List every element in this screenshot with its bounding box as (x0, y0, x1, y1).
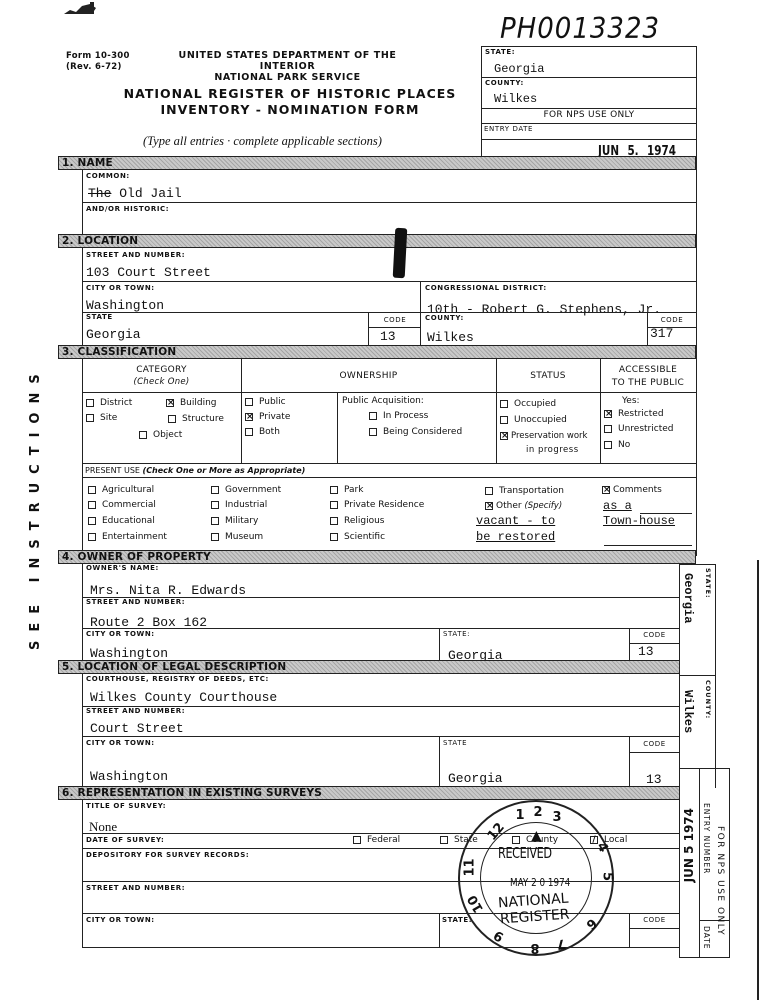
location-city-value[interactable]: Washington (86, 298, 164, 313)
option-label: Being Considered (383, 427, 462, 437)
owner-code-label: CODE (630, 631, 679, 639)
stamp-ring-number: 9 (489, 926, 509, 946)
tree-icon: ▲ (531, 828, 542, 844)
struck-article: The (88, 186, 111, 201)
checkbox-icon[interactable] (369, 412, 377, 420)
checked-checkbox-icon[interactable]: × (604, 410, 612, 418)
option-label: Public (259, 397, 286, 407)
stamp-received-date: MAY 2 0 1974 (510, 876, 570, 889)
option-label: Both (259, 427, 280, 437)
category-site[interactable]: Site (86, 413, 117, 423)
option-label: Religious (344, 516, 385, 526)
instructions-subtitle: (Type all entries · complete applicable … (143, 134, 382, 149)
use-other[interactable]: ×Other (Specify) (485, 501, 562, 511)
checkbox-icon[interactable] (330, 486, 338, 494)
section-3-classification-header: 3. CLASSIFICATION (58, 345, 696, 359)
margin-entry-date-stamp: JUN 5 1974 (682, 808, 696, 882)
nps-state-label: STATE: (485, 48, 515, 56)
ink-smudge (62, 2, 102, 18)
present-use-sublabel: (Check One or More as Appropriate) (143, 466, 306, 475)
present-use-heading: PRESENT USE (Check One or More as Approp… (85, 466, 305, 475)
category-structure[interactable]: Structure (168, 414, 224, 424)
margin-state-value: Georgia (681, 573, 695, 623)
option-label: Park (344, 485, 363, 495)
status-column-header: STATUS (496, 371, 600, 381)
present-use-label: PRESENT USE (85, 466, 140, 475)
legal-street-label: STREET AND NUMBER: (86, 707, 185, 715)
survey-title-label: TITLE OF SURVEY: (86, 802, 166, 810)
legal-state-value[interactable]: Georgia (448, 771, 503, 786)
courthouse-value[interactable]: Wilkes County Courthouse (90, 690, 277, 705)
category-column-header: CATEGORY (Check One) (82, 364, 241, 388)
agency-header: UNITED STATES DEPARTMENT OF THE INTERIOR… (150, 50, 425, 83)
legal-state-label: STATE (443, 739, 467, 747)
checkbox-icon[interactable] (88, 486, 96, 494)
checkbox-icon[interactable] (440, 836, 448, 844)
common-name-text: Old Jail (119, 186, 181, 201)
checked-checkbox-icon[interactable]: × (500, 432, 508, 440)
use-industrial[interactable]: Industrial (211, 500, 267, 510)
common-name-label: COMMON: (86, 172, 130, 180)
checked-checkbox-icon[interactable]: × (602, 486, 610, 494)
public-acquisition-label: Public Acquisition: (342, 396, 424, 406)
use-entertainment[interactable]: Entertainment (88, 532, 167, 542)
location-county-label: COUNTY: (425, 314, 464, 322)
use-park[interactable]: Park (330, 485, 363, 495)
margin-date-label: DATE (702, 926, 711, 950)
margin-entry-number-label: ENTRY NUMBER (702, 803, 711, 874)
section-6-surveys-header: 6. REPRESENTATION IN EXISTING SURVEYS (58, 786, 680, 800)
use-commercial[interactable]: Commercial (88, 500, 156, 510)
accessible-restricted[interactable]: ×Restricted (604, 409, 664, 419)
option-label: Private Residence (344, 500, 424, 510)
stamp-received-word: RECEIVED (498, 844, 552, 862)
checkbox-icon[interactable] (88, 533, 96, 541)
option-label: Museum (225, 532, 263, 542)
survey-street-label: STREET AND NUMBER: (86, 884, 185, 892)
department-name: UNITED STATES DEPARTMENT OF THE INTERIOR (150, 50, 425, 72)
checkbox-icon[interactable] (86, 399, 94, 407)
owner-name-label: OWNER'S NAME: (86, 564, 159, 572)
checked-checkbox-icon[interactable]: × (485, 502, 493, 510)
nps-use-only-label: FOR NPS USE ONLY (481, 110, 697, 120)
checkbox-icon[interactable] (245, 428, 253, 436)
form-title: NATIONAL REGISTER OF HISTORIC PLACES INV… (120, 86, 460, 118)
use-educational[interactable]: Educational (88, 516, 155, 526)
owner-city-label: CITY OR TOWN: (86, 630, 155, 638)
checkbox-icon[interactable] (604, 425, 612, 433)
stamp-ring-number: 3 (550, 810, 564, 825)
accessible-heading-2: TO THE PUBLIC (600, 377, 696, 390)
option-label: Transportation (499, 486, 564, 496)
checkbox-icon[interactable] (500, 400, 508, 408)
option-label: Government (225, 485, 281, 495)
location-county-value[interactable]: Wilkes (427, 330, 474, 345)
common-name-value[interactable]: The Old Jail (88, 186, 182, 201)
stamp-ring-number: 11 (463, 863, 478, 877)
form-title-line-1: NATIONAL REGISTER OF HISTORIC PLACES (120, 86, 460, 102)
nps-state-value: Georgia (494, 62, 544, 76)
stamp-ring-number: 7 (553, 935, 569, 952)
location-state-code-label: CODE (370, 316, 420, 324)
option-label: Private (259, 412, 290, 422)
page-right-edge (757, 560, 759, 1000)
margin-county-value: Wilkes (681, 690, 695, 733)
section-4-owner-header: 4. OWNER OF PROPERTY (58, 550, 696, 564)
accessible-heading-1: ACCESSIBLE (600, 364, 696, 377)
checkbox-icon[interactable] (88, 501, 96, 509)
checked-checkbox-icon[interactable]: × (245, 413, 253, 421)
owner-code-value[interactable]: 13 (638, 644, 654, 659)
service-name: NATIONAL PARK SERVICE (150, 72, 425, 83)
see-instructions-side-text: SEE INSTRUCTIONS (28, 370, 43, 650)
stamp-ring-number: 8 (528, 940, 542, 955)
accessible-yes-label: Yes: (622, 396, 640, 406)
survey-date-label: DATE OF SURVEY: (86, 836, 164, 844)
checkbox-icon[interactable] (485, 487, 493, 495)
owner-city-value[interactable]: Washington (90, 646, 168, 661)
handwritten-reference-number: PH0013323 (500, 13, 660, 46)
location-city-label: CITY OR TOWN: (86, 284, 155, 292)
option-label: Entertainment (102, 532, 167, 542)
option-label: No (618, 440, 630, 450)
checkbox-icon[interactable] (86, 414, 94, 422)
option-label: Building (180, 398, 217, 408)
checkbox-icon[interactable] (330, 533, 338, 541)
option-label: Federal (367, 835, 400, 845)
checkbox-icon[interactable] (211, 501, 219, 509)
acquisition-being-considered[interactable]: Being Considered (369, 427, 462, 437)
use-museum[interactable]: Museum (211, 532, 263, 542)
legal-code-value[interactable]: 13 (646, 772, 662, 787)
use-agricultural[interactable]: Agricultural (88, 485, 154, 495)
owner-name-value[interactable]: Mrs. Nita R. Edwards (90, 583, 246, 598)
checked-checkbox-icon[interactable]: × (166, 399, 174, 407)
survey-code-label: CODE (630, 916, 679, 924)
option-label: Structure (182, 414, 224, 424)
checkbox-icon[interactable] (211, 533, 219, 541)
option-label: Scientific (344, 532, 385, 542)
option-label: Industrial (225, 500, 267, 510)
accessible-no[interactable]: No (604, 440, 630, 450)
margin-state-label: STATE: (704, 568, 712, 599)
section-1-name-header: 1. NAME (58, 156, 696, 170)
category-district[interactable]: District (86, 398, 132, 408)
checkbox-icon[interactable] (369, 428, 377, 436)
legal-code-label: CODE (630, 740, 679, 748)
category-subheading: (Check One) (82, 376, 241, 388)
status-preservation-work[interactable]: ×Preservation work (500, 431, 587, 441)
historic-name-label: AND/OR HISTORIC: (86, 205, 169, 213)
margin-nps-use-label: FOR NPS USE ONLY (715, 826, 725, 936)
form-number: Form 10-300 (66, 51, 130, 62)
category-building[interactable]: ×Building (166, 398, 217, 408)
location-street-label: STREET AND NUMBER: (86, 251, 185, 259)
courthouse-label: COURTHOUSE, REGISTRY OF DEEDS, ETC: (86, 675, 269, 683)
checkbox-icon[interactable] (211, 517, 219, 525)
congressional-district-label: CONGRESSIONAL DISTRICT: (425, 284, 547, 292)
accessible-column-header: ACCESSIBLE TO THE PUBLIC (600, 364, 696, 390)
other-specify-line-2[interactable]: be restored (476, 530, 555, 544)
location-state-code-value[interactable]: 13 (380, 329, 396, 344)
form-id: Form 10-300 (Rev. 6-72) (66, 51, 130, 73)
option-label: District (100, 398, 132, 408)
option-label: Commercial (102, 500, 156, 510)
option-label: Restricted (618, 409, 664, 419)
category-heading: CATEGORY (82, 364, 241, 376)
checkbox-icon[interactable] (245, 398, 253, 406)
section-5-legal-description-header: 5. LOCATION OF LEGAL DESCRIPTION (58, 660, 680, 674)
option-label: Object (153, 430, 182, 440)
form-revision: (Rev. 6-72) (66, 62, 130, 73)
survey-city-label: CITY OR TOWN: (86, 916, 155, 924)
use-government[interactable]: Government (211, 485, 281, 495)
checkbox-icon[interactable] (604, 441, 612, 449)
use-military[interactable]: Military (211, 516, 258, 526)
location-state-value[interactable]: Georgia (86, 327, 141, 342)
entry-date-label: ENTRY DATE (484, 125, 533, 133)
ownership-public[interactable]: Public (245, 397, 286, 407)
ownership-both[interactable]: Both (245, 427, 280, 437)
use-scientific[interactable]: Scientific (330, 532, 385, 542)
other-specify-line-1[interactable]: vacant - to (476, 514, 555, 528)
margin-county-label: COUNTY: (704, 680, 712, 719)
comments-line-2[interactable]: Town-house (603, 514, 675, 528)
checkbox-icon[interactable] (353, 836, 361, 844)
received-stamp: 2 1 3 12 4 5 6 7 8 9 10 11 ▲ RECEIVED MA… (458, 800, 614, 956)
status-occupied[interactable]: Occupied (500, 399, 556, 409)
survey-level-federal[interactable]: Federal (353, 835, 400, 845)
option-label: Unrestricted (618, 424, 673, 434)
use-private-residence[interactable]: Private Residence (330, 500, 424, 510)
legal-city-label: CITY OR TOWN: (86, 739, 155, 747)
stamp-ring-number: 5 (600, 870, 615, 884)
nps-county-value: Wilkes (494, 92, 537, 106)
section-2-location-header: 2. LOCATION (58, 234, 696, 248)
option-label: Military (225, 516, 258, 526)
stamp-ring-number: 2 (531, 805, 545, 820)
acquisition-in-process[interactable]: In Process (369, 411, 428, 421)
location-county-code-value[interactable]: 317 (650, 326, 673, 341)
checkbox-icon[interactable] (88, 517, 96, 525)
category-object[interactable]: Object (139, 430, 182, 440)
status-in-progress-label: in progress (526, 445, 579, 455)
owner-state-label: STATE: (443, 630, 470, 638)
location-state-label: STATE (86, 313, 113, 321)
option-label: Unoccupied (514, 415, 567, 425)
ownership-column-header: OWNERSHIP (241, 371, 496, 381)
location-county-code-label: CODE (648, 316, 696, 324)
nps-county-label: COUNTY: (485, 79, 524, 87)
use-transportation[interactable]: Transportation (485, 486, 564, 496)
legal-city-value[interactable]: Washington (90, 769, 168, 784)
location-street-value[interactable]: 103 Court Street (86, 265, 211, 280)
checkbox-icon[interactable] (330, 517, 338, 525)
checkbox-icon[interactable] (500, 416, 508, 424)
stamp-ring-number: 6 (581, 913, 601, 933)
option-label: Occupied (514, 399, 556, 409)
use-comments[interactable]: ×Comments (602, 485, 662, 495)
other-specify-label: (Specify) (524, 501, 562, 511)
checkbox-icon[interactable] (211, 486, 219, 494)
ownership-private[interactable]: ×Private (245, 412, 290, 422)
status-unoccupied[interactable]: Unoccupied (500, 415, 567, 425)
owner-street-label: STREET AND NUMBER: (86, 598, 185, 606)
option-label: Comments (613, 485, 662, 495)
checkbox-icon[interactable] (330, 501, 338, 509)
form-title-line-2: INVENTORY - NOMINATION FORM (120, 102, 460, 118)
option-label: Site (100, 413, 117, 423)
option-label: Educational (102, 516, 155, 526)
accessible-unrestricted[interactable]: Unrestricted (604, 424, 673, 434)
stamp-ring-number: 1 (513, 808, 527, 823)
use-religious[interactable]: Religious (330, 516, 385, 526)
depository-label: DEPOSITORY FOR SURVEY RECORDS: (86, 851, 249, 859)
option-label: Preservation work (511, 431, 587, 441)
checkbox-icon[interactable] (168, 415, 176, 423)
comments-line-1[interactable]: as a (603, 499, 632, 513)
ink-mark (393, 228, 408, 279)
option-label: Agricultural (102, 485, 154, 495)
legal-street-value[interactable]: Court Street (90, 721, 184, 736)
checkbox-icon[interactable] (139, 431, 147, 439)
option-label: Other (496, 501, 522, 511)
option-label: In Process (383, 411, 428, 421)
